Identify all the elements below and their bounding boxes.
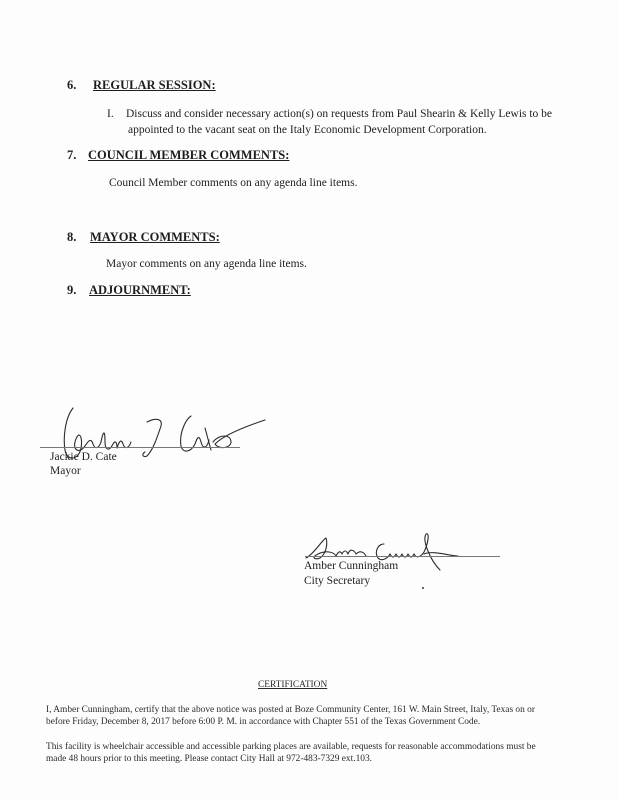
section-9-number: 9.: [67, 283, 76, 298]
mayor-signature-line: [40, 447, 240, 448]
mayor-title: Mayor: [50, 464, 81, 479]
section-6-item-marker: I.: [107, 106, 114, 123]
certification-heading: CERTIFICATION: [258, 679, 327, 692]
ink-dot: [422, 587, 424, 589]
secretary-signature-line: [305, 556, 500, 557]
section-7-number: 7.: [67, 148, 76, 163]
section-8-body: Mayor comments on any agenda line items.: [106, 256, 307, 273]
mayor-name: Jackie D. Cate: [50, 450, 117, 465]
section-8-number: 8.: [67, 230, 76, 245]
section-6-number: 6.: [67, 78, 76, 93]
section-7-title: COUNCIL MEMBER COMMENTS:: [88, 148, 289, 163]
section-6-title: REGULAR SESSION:: [93, 78, 216, 93]
section-7-body: Council Member comments on any agenda li…: [109, 175, 357, 192]
certification-paragraph1-line2: before Friday, December 8, 2017 before 6…: [46, 716, 480, 729]
section-6-item-line2: appointed to the vacant seat on the Ital…: [128, 122, 487, 139]
secretary-name: Amber Cunningham: [304, 559, 398, 574]
accessibility-paragraph-line2: made 48 hours prior to this meeting. Ple…: [46, 753, 372, 766]
section-6-item-line1: Discuss and consider necessary action(s)…: [126, 106, 552, 123]
section-8-title: MAYOR COMMENTS:: [90, 230, 220, 245]
secretary-title: City Secretary: [304, 574, 370, 589]
section-9-title: ADJOURNMENT:: [89, 283, 191, 298]
